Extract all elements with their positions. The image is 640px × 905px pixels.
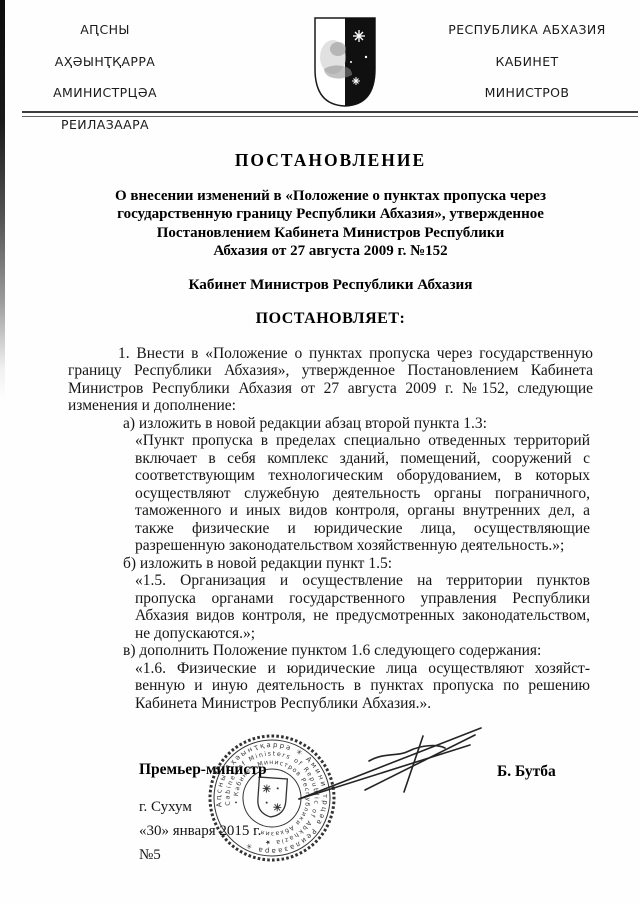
header-divider-rule bbox=[22, 111, 638, 117]
scan-artifact-bar bbox=[0, 0, 5, 400]
scanned-decree-page: АԤСНЫ АҲӘЫНҬҚАРРА АМИНИСТРЦӘА РЕИЛАЗААРА… bbox=[0, 0, 640, 905]
amendment-a-label: а) изложить в новой редакции абзац второ… bbox=[123, 415, 593, 433]
document-number: №5 bbox=[139, 847, 161, 864]
amendment-b-text: «1.5. Организация и осуществление на тер… bbox=[135, 572, 590, 642]
header-abkhaz-line: АԤСНЫ АҲӘЫНҬҚАРРА bbox=[34, 14, 176, 77]
header-russian-line: КАБИНЕТ bbox=[442, 46, 612, 78]
signatory-name: Б. Бутба bbox=[497, 763, 556, 781]
signing-place: г. Сухум bbox=[139, 799, 192, 816]
amendment-b-label: б) изложить в новой редакции пункт 1.5: bbox=[123, 555, 593, 573]
amendment-a-text: «Пункт пропуска в пределах специально от… bbox=[135, 432, 590, 555]
header-russian-block: РЕСПУБЛИКА АБХАЗИЯ КАБИНЕТ МИНИСТРОВ bbox=[442, 14, 612, 109]
amendment-v-label: в) дополнить Положение пунктом 1.6 следу… bbox=[123, 642, 593, 660]
stamp-center-shield bbox=[257, 777, 288, 818]
signature-scribble bbox=[285, 716, 497, 817]
header-russian-line: МИНИСТРОВ bbox=[442, 77, 612, 109]
issuing-body: Кабинет Министров Республики Абхазия bbox=[68, 276, 593, 294]
amendment-v-text: «1.6. Физические и юридические лица осущ… bbox=[135, 660, 590, 713]
header-abkhaz-block: АԤСНЫ АҲӘЫНҬҚАРРА АМИНИСТРЦӘА РЕИЛАЗААРА bbox=[34, 14, 176, 140]
header-russian-line: РЕСПУБЛИКА АБХАЗИЯ bbox=[442, 14, 612, 46]
header-abkhaz-line: АМИНИСТРЦӘА bbox=[34, 77, 176, 109]
paragraph-1: 1. Внести в «Положение о пунктах пропуск… bbox=[68, 345, 593, 415]
decree-title: ПОСТАНОВЛЕНИЕ bbox=[68, 152, 593, 170]
decree-body: ПОСТАНОВЛЕНИЕ О внесении изменений в «По… bbox=[68, 147, 593, 712]
enacting-word: ПОСТАНОВЛЯЕТ: bbox=[68, 310, 593, 328]
coat-of-arms-emblem bbox=[314, 17, 376, 112]
decree-subject: О внесении изменений в «Положение о пунк… bbox=[68, 187, 593, 261]
